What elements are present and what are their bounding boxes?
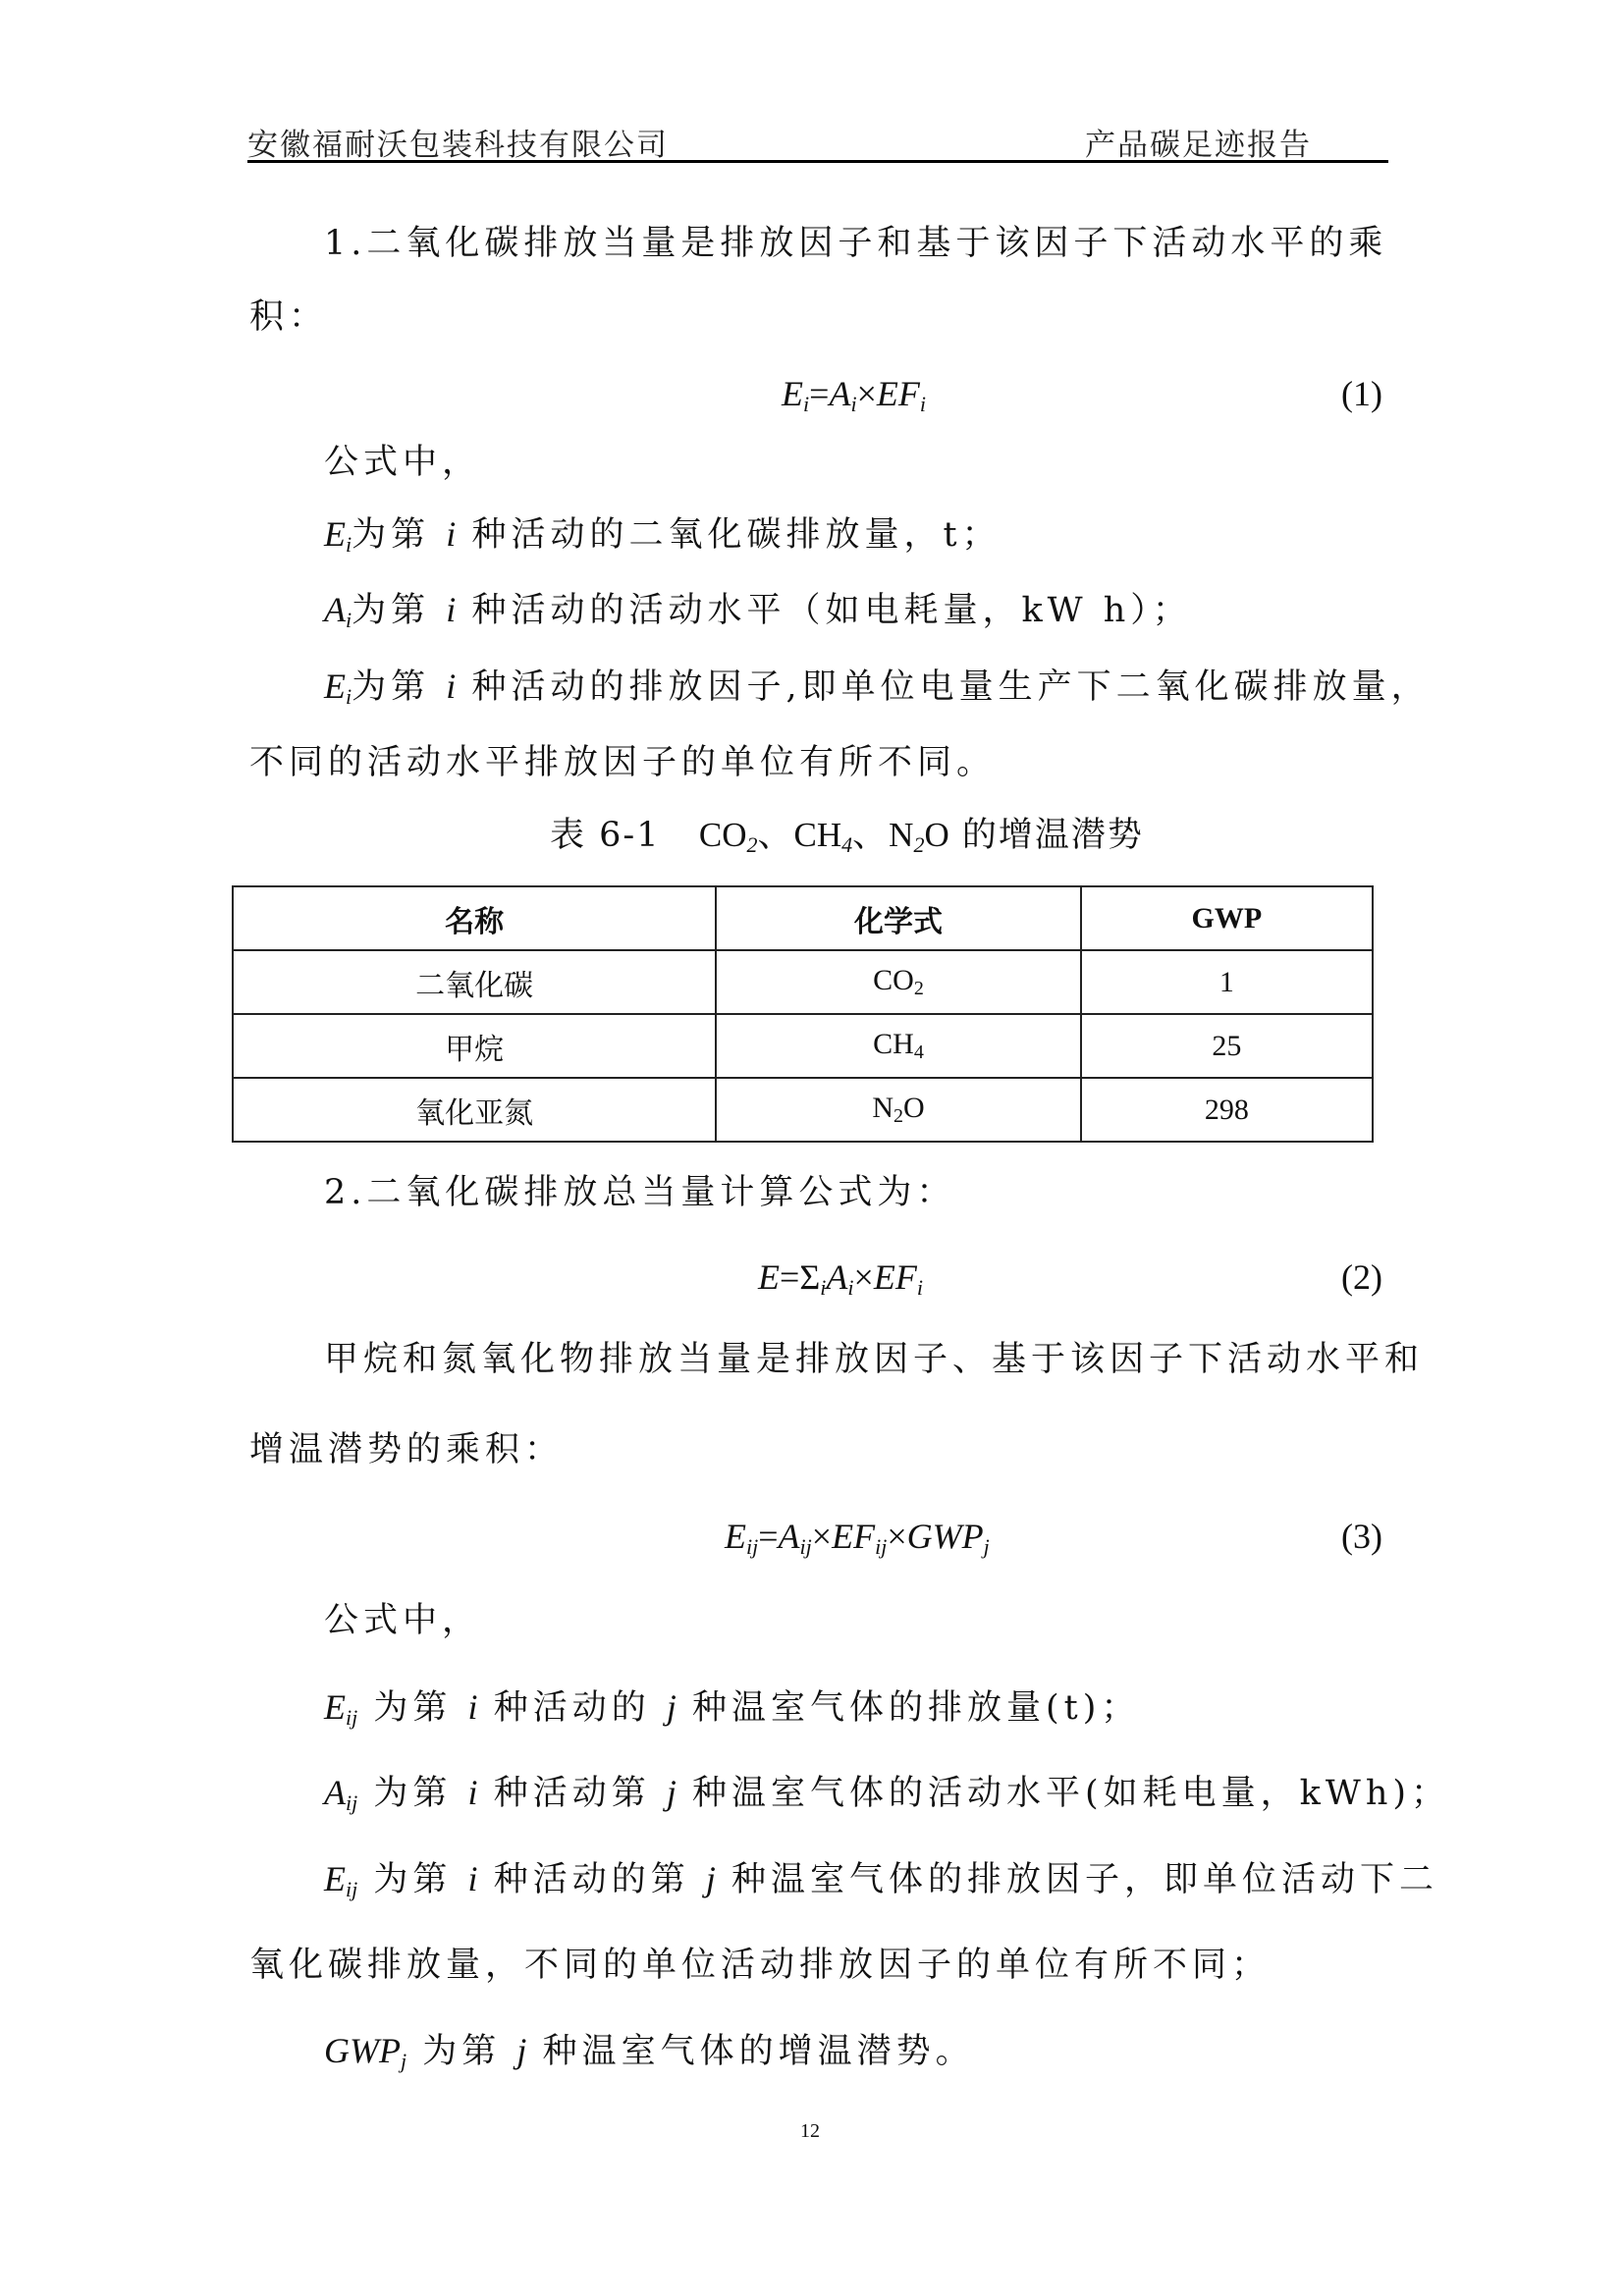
formula-tail: O xyxy=(903,1092,925,1124)
definition-text: 为第 xyxy=(373,1688,452,1728)
paragraph-line: 甲烷和氮氧化物排放当量是排放因子、基于该因子下活动水平和 xyxy=(324,1338,1424,1381)
formula-operator: × xyxy=(854,1257,874,1297)
definition-variable: j xyxy=(516,2031,526,2070)
definition-variable: j xyxy=(667,1773,677,1812)
table-row: 氧化亚氮 N2O 298 xyxy=(233,1078,1373,1142)
definition-symbol: A xyxy=(324,1773,346,1812)
formula-operator: × xyxy=(887,1517,906,1556)
paragraph-line: 增温潜势的乘积： xyxy=(249,1428,564,1471)
caption-prefix: 表 6-1 xyxy=(550,816,661,855)
definition-text: 种活动的二氧化碳排放量，t； xyxy=(471,515,1001,555)
cell-name: 氧化亚氮 xyxy=(233,1078,716,1142)
definition-line: Ei为第 i 种活动的排放因子,即单位电量生产下二氧化碳排放量， xyxy=(324,665,1431,719)
formula-subscript: j xyxy=(984,1534,990,1559)
formula-operator: = xyxy=(809,374,829,413)
definition-variable: j xyxy=(706,1859,716,1898)
cell-name: 二氧化碳 xyxy=(233,950,716,1014)
definition-line: GWPj 为第 j 种温室气体的增温潜势。 xyxy=(324,2029,975,2083)
definition-line: Eij 为第 i 种活动的第 j 种温室气体的排放因子，即单位活动下二 xyxy=(324,1857,1438,1911)
caption-subscript: 4 xyxy=(841,832,852,857)
table-caption: 表 6-1 CO2、CH4、N2O 的增温潜势 xyxy=(550,814,1144,867)
caption-separator: 、 xyxy=(758,816,794,855)
definition-variable: i xyxy=(446,590,456,629)
paragraph-line: 1.二氧化碳排放当量是排放因子和基于该因子下活动水平的乘 xyxy=(324,222,1387,265)
definition-variable: j xyxy=(667,1687,677,1727)
definition-text: 为第 xyxy=(422,2032,501,2071)
definition-text: 种温室气体的增温潜势。 xyxy=(543,2032,975,2071)
page-number: 12 xyxy=(800,2120,820,2143)
definition-line: Aij 为第 i 种活动第 j 种温室气体的活动水平(如耗电量，kWh)； xyxy=(324,1771,1450,1825)
column-header-gwp: GWP xyxy=(1081,886,1373,950)
formula-3: Eij=Aij×EFij×GWPj xyxy=(725,1516,990,1560)
formula-subscript: 4 xyxy=(914,1041,924,1063)
definition-text: 为第 xyxy=(373,1860,452,1899)
formula-symbol: EF xyxy=(874,1257,917,1297)
definition-text: 为第 xyxy=(352,591,430,630)
formula-symbol: GWP xyxy=(907,1517,984,1556)
definition-symbol: E xyxy=(324,667,346,706)
definition-text: 种活动的 xyxy=(494,1688,651,1728)
definition-text: 种温室气体的活动水平(如耗电量，kWh)； xyxy=(692,1774,1450,1813)
cell-gwp: 298 xyxy=(1081,1078,1373,1142)
formula-1: Ei=Ai×EFi xyxy=(782,373,926,417)
formula-operator: × xyxy=(857,374,877,413)
definition-symbol: E xyxy=(324,514,346,554)
formula-subscript: 2 xyxy=(914,978,924,999)
formula-operator: = xyxy=(780,1257,799,1297)
formula-subscript: i xyxy=(920,392,926,416)
header-company: 安徽福耐沃包装科技有限公司 xyxy=(247,120,669,164)
formula-symbol: E xyxy=(782,374,803,413)
formula-base: CO xyxy=(873,964,914,996)
equation-number: (2) xyxy=(1341,1256,1382,1298)
formula-symbol: A xyxy=(779,1517,800,1556)
definition-text: 为第 xyxy=(373,1774,452,1813)
definition-symbol: E xyxy=(324,1687,346,1727)
caption-formula: N xyxy=(889,816,913,854)
caption-subscript: 2 xyxy=(747,832,758,857)
paragraph-line: 氧化碳排放量，不同的单位活动排放因子的单位有所不同； xyxy=(249,1944,1271,1987)
cell-gwp: 1 xyxy=(1081,950,1373,1014)
formula-subscript: ij xyxy=(800,1534,812,1559)
formula-symbol: EF xyxy=(877,374,920,413)
sigma-symbol: Σ xyxy=(799,1257,820,1297)
formula-subscript: i xyxy=(917,1275,923,1300)
paragraph-line: 公式中， xyxy=(324,441,481,484)
definition-line: Eij 为第 i 种活动的 j 种温室气体的排放量(t)； xyxy=(324,1685,1140,1739)
definition-text: 为第 xyxy=(352,667,430,707)
definition-symbol: A xyxy=(324,590,346,629)
caption-separator: 、 xyxy=(852,816,889,855)
equation-number: (1) xyxy=(1341,373,1382,414)
definition-variable: i xyxy=(468,1773,478,1812)
formula-symbol: EF xyxy=(832,1517,875,1556)
definition-variable: i xyxy=(468,1687,478,1727)
header-report-title: 产品碳足迹报告 xyxy=(1085,120,1312,164)
formula-2: E=ΣiAi×EFi xyxy=(758,1256,923,1301)
cell-formula: CO2 xyxy=(716,950,1080,1014)
cell-formula: N2O xyxy=(716,1078,1080,1142)
formula-subscript: 2 xyxy=(893,1105,903,1127)
definition-subscript: ij xyxy=(346,1705,357,1730)
definition-symbol: E xyxy=(324,1859,346,1898)
formula-symbol: E xyxy=(725,1517,746,1556)
paragraph-line: 不同的活动水平排放因子的单位有所不同。 xyxy=(249,741,996,784)
caption-formula: CO xyxy=(699,816,747,854)
table-header-row: 名称 化学式 GWP xyxy=(233,886,1373,950)
formula-subscript: ij xyxy=(875,1534,887,1559)
cell-name: 甲烷 xyxy=(233,1014,716,1078)
formula-base: CH xyxy=(873,1028,914,1060)
caption-subscript: 2 xyxy=(913,832,924,857)
definition-variable: i xyxy=(446,514,456,554)
formula-symbol: A xyxy=(826,1257,847,1297)
column-header-formula: 化学式 xyxy=(716,886,1080,950)
caption-formula: O xyxy=(924,816,948,854)
formula-symbol: E xyxy=(758,1257,780,1297)
cell-gwp: 25 xyxy=(1081,1014,1373,1078)
definition-text: 种活动的活动水平（如电耗量，kW h）； xyxy=(471,591,1191,630)
definition-text: 为第 xyxy=(352,515,430,555)
equation-number: (3) xyxy=(1341,1516,1382,1557)
definition-text: 种温室气体的排放因子，即单位活动下二 xyxy=(731,1860,1438,1899)
table-row: 甲烷 CH4 25 xyxy=(233,1014,1373,1078)
formula-base: N xyxy=(872,1092,893,1124)
column-header-name: 名称 xyxy=(233,886,716,950)
definition-text: 种温室气体的排放量(t)； xyxy=(692,1688,1140,1728)
cell-formula: CH4 xyxy=(716,1014,1080,1078)
formula-operator: × xyxy=(812,1517,832,1556)
definition-line: Ai为第 i 种活动的活动水平（如电耗量，kW h）； xyxy=(324,588,1192,642)
definition-symbol: GWP xyxy=(324,2031,401,2070)
definition-subscript: j xyxy=(401,2049,406,2073)
definition-text: 种活动的排放因子,即单位电量生产下二氧化碳排放量， xyxy=(471,667,1430,707)
definition-line: Ei为第 i 种活动的二氧化碳排放量，t； xyxy=(324,512,1001,566)
definition-subscript: ij xyxy=(346,1790,357,1815)
definition-text: 种活动的第 xyxy=(494,1860,690,1899)
caption-suffix: 的增温潜势 xyxy=(962,816,1144,855)
caption-formula: CH xyxy=(794,816,842,854)
definition-text: 种活动第 xyxy=(494,1774,651,1813)
table-row: 二氧化碳 CO2 1 xyxy=(233,950,1373,1014)
definition-variable: i xyxy=(468,1859,478,1898)
paragraph-line: 2.二氧化碳排放总当量计算公式为： xyxy=(324,1171,955,1214)
definition-subscript: ij xyxy=(346,1877,357,1901)
formula-symbol: A xyxy=(829,374,850,413)
header-rule xyxy=(247,160,1388,163)
formula-operator: = xyxy=(758,1517,778,1556)
gwp-table: 名称 化学式 GWP 二氧化碳 CO2 1 甲烷 CH4 25 氧化亚氮 N2O… xyxy=(232,885,1374,1143)
paragraph-line: 积： xyxy=(249,295,328,339)
paragraph-line: 公式中， xyxy=(324,1599,481,1642)
definition-variable: i xyxy=(446,667,456,706)
formula-subscript: ij xyxy=(746,1534,758,1559)
